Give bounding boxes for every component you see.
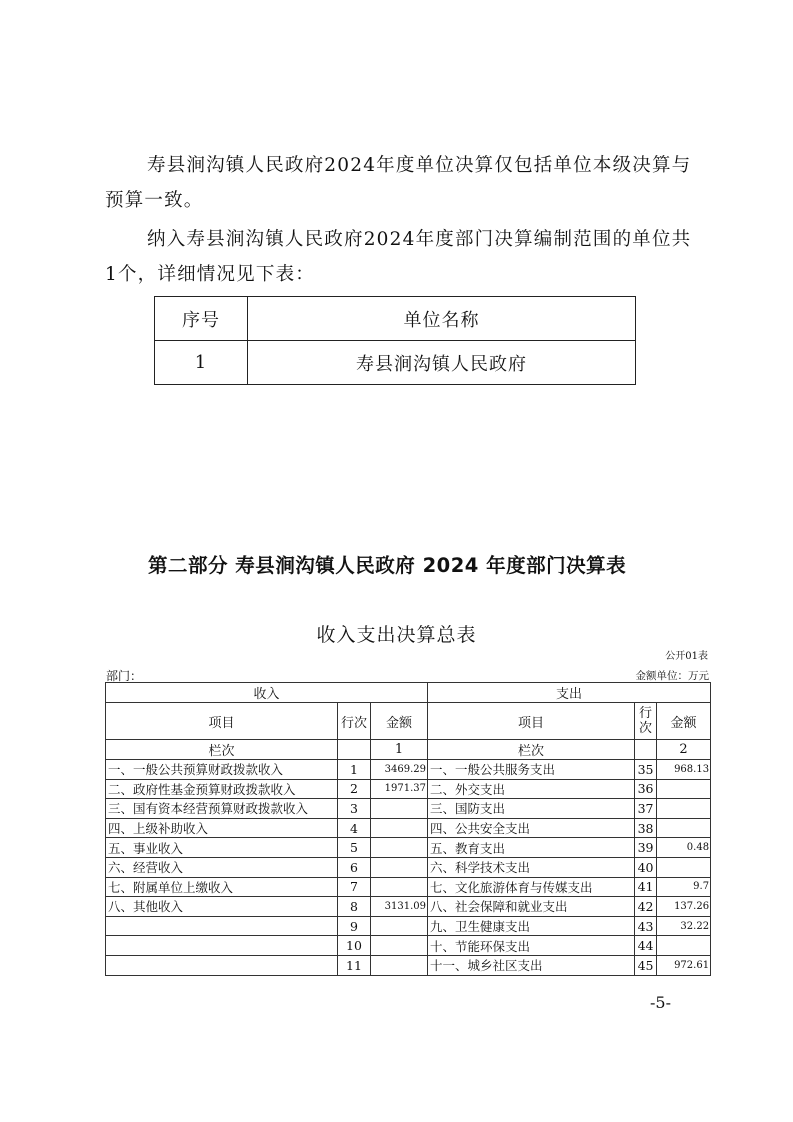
table-row: 五、事业收入5五、教育支出390.48 <box>106 838 711 858</box>
expense-column-line-blank <box>635 740 657 760</box>
report-title: 收入支出决算总表 <box>0 620 793 647</box>
expense-col-line: 行次 <box>635 703 657 740</box>
expense-amount: 0.48 <box>657 838 711 858</box>
amount-unit-label: 金额单位：万元 <box>636 668 710 683</box>
expense-col-line-top: 行 <box>639 706 652 721</box>
income-header: 收入 <box>106 683 428 703</box>
table-row: 1 寿县涧沟镇人民政府 <box>155 341 636 385</box>
intro-paragraph-1-text: 寿县涧沟镇人民政府2024年度单位决算仅包括单位本级决算与预算一致。 <box>105 155 691 211</box>
income-amount <box>371 799 428 819</box>
expense-line-no: 45 <box>635 955 657 975</box>
expense-item: 五、教育支出 <box>428 838 635 858</box>
income-line-no: 11 <box>338 955 371 975</box>
expense-column-row-label: 栏次 <box>428 740 635 760</box>
income-amount <box>371 955 428 975</box>
table-row: 11十一、城乡社区支出45972.61 <box>106 955 711 975</box>
report-code: 公开01表 <box>665 647 708 662</box>
header-unit-name: 单位名称 <box>248 297 636 341</box>
table-group-header: 收入 支出 <box>106 683 711 703</box>
expense-line-no: 38 <box>635 818 657 838</box>
income-item <box>106 916 338 936</box>
expense-line-no: 40 <box>635 857 657 877</box>
expense-amount <box>657 818 711 838</box>
table-row: 七、附属单位上缴收入7七、文化旅游体育与传媒支出419.7 <box>106 877 711 897</box>
income-amount <box>371 936 428 956</box>
expense-col-item: 项目 <box>428 703 635 740</box>
income-amount <box>371 877 428 897</box>
header-seq: 序号 <box>155 297 248 341</box>
table-row: 六、经营收入6六、科学技术支出40 <box>106 857 711 877</box>
expense-line-no: 43 <box>635 916 657 936</box>
expense-item: 三、国防支出 <box>428 799 635 819</box>
income-line-no: 6 <box>338 857 371 877</box>
income-line-no: 10 <box>338 936 371 956</box>
expense-line-no: 35 <box>635 760 657 780</box>
unit-table-header: 序号 单位名称 <box>155 297 636 341</box>
income-amount <box>371 857 428 877</box>
expense-amount: 972.61 <box>657 955 711 975</box>
expense-amount: 137.26 <box>657 897 711 917</box>
income-item <box>106 936 338 956</box>
expense-amount: 968.13 <box>657 760 711 780</box>
income-amount: 1971.37 <box>371 779 428 799</box>
expense-line-no: 44 <box>635 936 657 956</box>
income-item: 四、上级补助收入 <box>106 818 338 838</box>
expense-item: 七、文化旅游体育与传媒支出 <box>428 877 635 897</box>
expense-item: 九、卫生健康支出 <box>428 916 635 936</box>
income-item: 二、政府性基金预算财政拨款收入 <box>106 779 338 799</box>
table-row: 二、政府性基金预算财政拨款收入21971.37二、外交支出36 <box>106 779 711 799</box>
table-row: 四、上级补助收入4四、公共安全支出38 <box>106 818 711 838</box>
expense-line-no: 41 <box>635 877 657 897</box>
expense-item: 十、节能环保支出 <box>428 936 635 956</box>
income-amount <box>371 838 428 858</box>
unit-name: 寿县涧沟镇人民政府 <box>248 341 636 385</box>
income-line-no: 8 <box>338 897 371 917</box>
income-col-line: 行次 <box>338 703 371 740</box>
income-line-no: 3 <box>338 799 371 819</box>
intro-paragraph-1: 寿县涧沟镇人民政府2024年度单位决算仅包括单位本级决算与预算一致。 <box>105 148 695 218</box>
income-line-no: 9 <box>338 916 371 936</box>
expense-item: 一、一般公共服务支出 <box>428 760 635 780</box>
income-col-amount: 金额 <box>371 703 428 740</box>
income-column-row-label: 栏次 <box>106 740 338 760</box>
expense-item: 四、公共安全支出 <box>428 818 635 838</box>
income-item: 六、经营收入 <box>106 857 338 877</box>
expense-line-no: 42 <box>635 897 657 917</box>
income-line-no: 2 <box>338 779 371 799</box>
expense-amount <box>657 936 711 956</box>
table-row: 10十、节能环保支出44 <box>106 936 711 956</box>
income-item: 三、国有资本经营预算财政拨款收入 <box>106 799 338 819</box>
expense-column-no: 2 <box>657 740 711 760</box>
income-amount: 3131.09 <box>371 897 428 917</box>
expense-amount <box>657 857 711 877</box>
expense-item: 二、外交支出 <box>428 779 635 799</box>
page-number: -5- <box>650 993 671 1012</box>
income-amount: 3469.29 <box>371 760 428 780</box>
expense-item: 十一、城乡社区支出 <box>428 955 635 975</box>
expense-item: 八、社会保障和就业支出 <box>428 897 635 917</box>
expense-col-amount: 金额 <box>657 703 711 740</box>
table-body: 一、一般公共预算财政拨款收入13469.29一、一般公共服务支出35968.13… <box>106 760 711 976</box>
income-item <box>106 955 338 975</box>
intro-paragraph-2: 纳入寿县涧沟镇人民政府2024年度部门决算编制范围的单位共1个，详细情况见下表： <box>105 222 695 292</box>
unit-list-table: 序号 单位名称 1 寿县涧沟镇人民政府 <box>154 296 636 385</box>
table-column-header: 项目 行次 金额 项目 行次 金额 <box>106 703 711 740</box>
income-line-no: 4 <box>338 818 371 838</box>
income-line-no: 5 <box>338 838 371 858</box>
intro-paragraph-2-text: 纳入寿县涧沟镇人民政府2024年度部门决算编制范围的单位共1个，详细情况见下表： <box>105 229 691 285</box>
expense-amount <box>657 779 711 799</box>
income-expense-summary-table: 收入 支出 项目 行次 金额 项目 行次 金额 栏次 1 栏次 2 一、一般公共… <box>105 682 711 976</box>
income-line-no: 1 <box>338 760 371 780</box>
expense-line-no: 39 <box>635 838 657 858</box>
expense-item: 六、科学技术支出 <box>428 857 635 877</box>
expense-line-no: 36 <box>635 779 657 799</box>
income-item: 七、附属单位上缴收入 <box>106 877 338 897</box>
table-row: 9九、卫生健康支出4332.22 <box>106 916 711 936</box>
expense-amount: 9.7 <box>657 877 711 897</box>
income-amount <box>371 916 428 936</box>
expense-amount: 32.22 <box>657 916 711 936</box>
table-row: 一、一般公共预算财政拨款收入13469.29一、一般公共服务支出35968.13 <box>106 760 711 780</box>
table-row: 三、国有资本经营预算财政拨款收入3三、国防支出37 <box>106 799 711 819</box>
table-row: 八、其他收入83131.09八、社会保障和就业支出42137.26 <box>106 897 711 917</box>
income-line-no: 7 <box>338 877 371 897</box>
income-item: 一、一般公共预算财政拨款收入 <box>106 760 338 780</box>
income-col-item: 项目 <box>106 703 338 740</box>
column-number-row: 栏次 1 栏次 2 <box>106 740 711 760</box>
expense-col-line-bottom: 次 <box>639 721 652 736</box>
income-column-no: 1 <box>371 740 428 760</box>
income-item: 八、其他收入 <box>106 897 338 917</box>
expense-line-no: 37 <box>635 799 657 819</box>
income-amount <box>371 818 428 838</box>
section-title: 第二部分 寿县涧沟镇人民政府 2024 年度部门决算表 <box>148 550 626 578</box>
unit-seq: 1 <box>155 341 248 385</box>
income-item: 五、事业收入 <box>106 838 338 858</box>
expense-amount <box>657 799 711 819</box>
expense-header: 支出 <box>428 683 711 703</box>
income-column-line-blank <box>338 740 371 760</box>
